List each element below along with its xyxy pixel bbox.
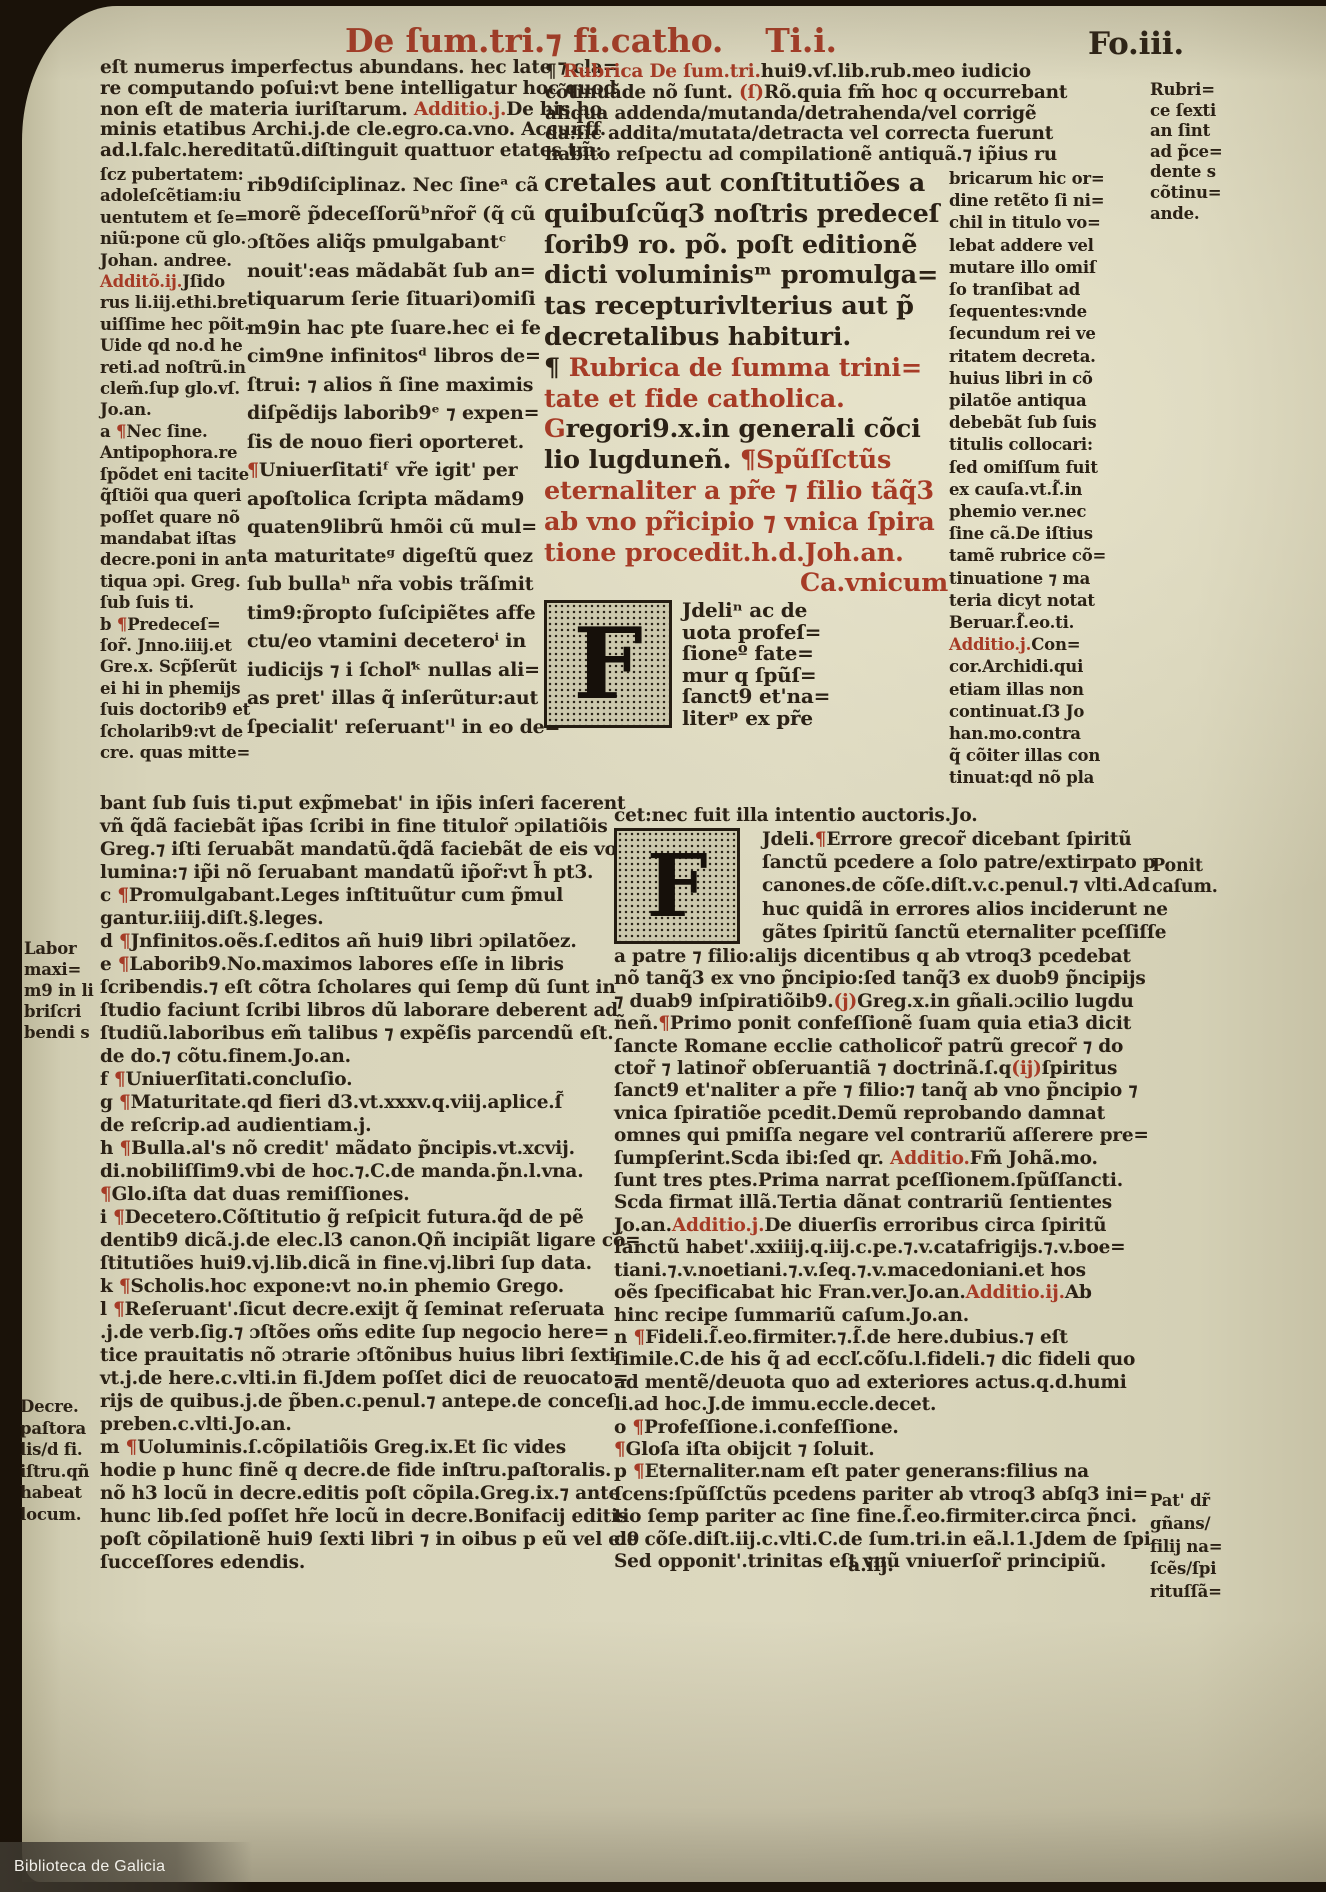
- text-line: Additõ.ij.Jſido: [100, 271, 250, 292]
- text-line: ſanct9 et'naliter a pr̃e ⁊ filio:⁊ tanq̃…: [614, 1080, 1154, 1102]
- text-line: cõtinu=: [1150, 183, 1264, 204]
- quire-signature: a.iij.: [848, 1554, 894, 1576]
- text-line: Johan. andree.: [100, 250, 250, 271]
- text-line: m9 in li: [24, 980, 106, 1001]
- initial-f-large-text: Jdeliⁿ ac deuota profeſ=ſioneº fate=mur …: [682, 600, 830, 730]
- text-segment: ¶: [614, 1439, 626, 1460]
- text-line: diſpẽdijs laborib9ᵉ ⁊ expen=: [247, 399, 529, 428]
- text-line: ſcz pubertatem:: [100, 164, 250, 185]
- text-line: ſanctũ pcedere a ſolo patre/extirpato p: [762, 851, 1168, 874]
- text-segment: e: [100, 954, 118, 975]
- text-line: rib9diſciplinaz. Nec ſineᵃ cã: [247, 171, 529, 200]
- text-segment: Rõ.quia fm̃ hoc q occurrebant: [764, 82, 1067, 103]
- text-line: a ¶Nec ſine.: [100, 421, 250, 442]
- text-segment: ſumpſerint.Scda ibi:ſed qr.: [614, 1148, 890, 1169]
- text-line: ſed omiſſum fuit: [949, 457, 1149, 479]
- text-line: ſis de nouo fieri oporteret.: [247, 428, 529, 457]
- text-line: continuat.ſ3 Jo: [949, 701, 1149, 723]
- text-segment: ⁊ duab9 inſpiratiõib9.: [614, 991, 833, 1012]
- text-segment: Rubrica De ſum.tri.: [563, 61, 761, 82]
- text-line: uentutem et ſe=: [100, 207, 250, 228]
- text-segment: ¶: [633, 1461, 645, 1482]
- text-segment: ¶: [119, 1276, 131, 1297]
- text-segment: o: [614, 1417, 632, 1438]
- text-line: an ſint: [1150, 121, 1264, 142]
- text-segment: ¶: [113, 1299, 125, 1320]
- text-line: gñans/: [1150, 1513, 1268, 1536]
- watermark-band: Biblioteca de Galicia: [0, 1842, 252, 1892]
- text-line: literᵖ ex pr̃e: [682, 708, 830, 730]
- text-line: Jo.an.: [100, 399, 250, 420]
- text-segment: d: [100, 931, 119, 952]
- text-line: q̃ſtiõi qua queri: [100, 485, 250, 506]
- text-segment: non eſt de materia iuriſtarum.: [100, 99, 414, 120]
- text-line: dentib9 dicã.j.de elec.l3 canon.Qñ incip…: [100, 1229, 660, 1252]
- text-segment: p: [614, 1461, 633, 1482]
- folio-number: Fo.iii.: [1088, 26, 1184, 62]
- text-line: briſcri: [24, 1001, 106, 1022]
- text-line: nõ tanq̃3 ex vno p̃ncipio:ſed tanq̃3 ex …: [614, 968, 1154, 990]
- text-line: rituſſã=: [1150, 1581, 1268, 1604]
- text-line: pilatõe antiqua: [949, 390, 1149, 412]
- text-line: ſtrui: ⁊ alios ñ ſine maximis: [247, 371, 529, 400]
- text-segment: Greg.x.in gñali.ɔcilio lugdu: [857, 991, 1134, 1012]
- text-line: mur q ſpũſ=: [682, 665, 830, 687]
- lower-right-intro-line: cet:nec fuit illa intentio auctoris.Jo.: [614, 804, 1154, 827]
- text-line: tione procedit.h.d.Joh.an.: [544, 538, 948, 569]
- text-segment: ¶: [116, 422, 126, 441]
- text-line: ab vno pr̃icipio ⁊ vnica ſpira: [544, 507, 948, 538]
- text-line: Decre.: [20, 1396, 106, 1418]
- text-line: decretalibus habituri.: [544, 322, 948, 353]
- text-segment: (ij): [1011, 1058, 1041, 1079]
- text-line: Rubri=: [1150, 80, 1264, 101]
- text-line: li.ad hoc.J.de immu.eccle.decet.: [614, 1394, 1154, 1416]
- text-line: ande.: [1150, 204, 1264, 225]
- text-line: Additio.j.Con=: [949, 634, 1149, 656]
- text-line: tim9:p̃ropto ſuſcipiẽtes affe: [247, 599, 529, 628]
- text-line: ad p̃ce=: [1150, 142, 1264, 163]
- lower-right-gloss-block: a patre ⁊ filio:alijs dicentibus q ab vt…: [614, 946, 1154, 1573]
- text-line: vnica ſpiratiõe pcedit.Demũ reprobando d…: [614, 1103, 1154, 1125]
- text-segment: Fideli.ſ̃.eo.firmiter.⁊.ſ̃.de here.dubiu…: [645, 1327, 1068, 1348]
- text-segment: ¶: [247, 459, 259, 481]
- text-segment: Jſido: [182, 272, 225, 291]
- text-line: cõtinuãde nõ ſunt. (ſ)Rõ.quia fm̃ hoc q …: [545, 83, 1157, 104]
- text-segment: Glo.iſta dat duas remiſſiones.: [112, 1184, 410, 1205]
- text-segment: Scholis.hoc expone:vt no.in phemio Grego…: [130, 1276, 564, 1297]
- text-segment: Eternaliter.nam eſt pater generans:filiu…: [645, 1461, 1089, 1482]
- running-title: De ſum.tri.⁊ fi.catho. Ti.i.: [345, 22, 837, 60]
- text-segment: ¶: [634, 1327, 646, 1348]
- text-segment: tione procedit.h.d.Joh.an.: [544, 538, 904, 568]
- text-line: tate et fide catholica.: [544, 384, 948, 415]
- text-segment: ¶: [119, 931, 131, 952]
- text-line: clem̃.ſup glo.vſ.: [100, 378, 250, 399]
- text-line: mandabat iſtas: [100, 528, 250, 549]
- text-segment: G: [544, 414, 566, 444]
- text-line: locum.: [20, 1504, 106, 1526]
- text-line: ſub ſuis ti.: [100, 592, 250, 613]
- text-segment: ñeñ.: [614, 1013, 658, 1034]
- text-line: de reſcrip.ad audientiam.j.: [100, 1114, 660, 1137]
- text-line: hodie p hunc finẽ q decre.de fide inſtru…: [100, 1459, 660, 1482]
- text-segment: Additio.ij.: [966, 1282, 1065, 1303]
- text-line: debebãt ſub ſuis: [949, 412, 1149, 434]
- text-line: k ¶Scholis.hoc expone:vt no.in phemio Gr…: [100, 1275, 660, 1298]
- text-line: q̃ cõiter illas con: [949, 745, 1149, 767]
- text-segment: Ca.vnicum: [800, 568, 948, 598]
- text-line: tiqua ɔpi. Greg.: [100, 571, 250, 592]
- text-line: ſucceſſores edendis.: [100, 1551, 660, 1574]
- margin-note-rubrice: Rubri=ce ſextian ſintad p̃ce=dente scõti…: [1150, 80, 1264, 224]
- text-line: Ca.vnicum: [544, 568, 948, 599]
- text-line: phemio ver.nec: [949, 501, 1149, 523]
- text-line: cor.Archidi.qui: [949, 656, 1149, 678]
- text-line: ſpõdet eni tacite: [100, 464, 250, 485]
- text-line: bricarum hic or=: [949, 168, 1149, 190]
- text-line: vñ q̃dã faciebãt ip̃as ſcribi in fine ti…: [100, 815, 660, 838]
- text-line: ce ſexti: [1150, 101, 1264, 122]
- text-line: ta maturitateᵍ digeſtũ quez: [247, 542, 529, 571]
- text-line: morẽ p̃deceſſorũᵇnr̃or̃ (q̃ cũ: [247, 200, 529, 229]
- text-line: ¶ Rubrica De ſum.tri.hui9.vſ.lib.rub.meo…: [545, 62, 1157, 83]
- text-line: paſtora: [20, 1418, 106, 1440]
- text-line: di.nobiliſſim9.vbi de hoc.⁊.C.de manda.p…: [100, 1160, 660, 1183]
- gloss-column-b: rib9diſciplinaz. Nec ſineᵃ cãmorẽ p̃dece…: [247, 171, 529, 741]
- text-line: tice prauitatis nõ ɔtrarie ɔſtõnibus hui…: [100, 1344, 660, 1367]
- text-line: ſcens:ſpũſſctũs pcedens pariter ab vtroq…: [614, 1484, 1154, 1506]
- text-line: lumina:⁊ ip̃i nõ ſeruabant mandatũ ip̃or…: [100, 861, 660, 884]
- text-line: Scda firmat illã.Tertia dãnat contrariũ …: [614, 1192, 1154, 1214]
- text-line: re computando poſui:vt bene intelligatur…: [100, 79, 540, 100]
- text-line: ſumpſerint.Scda ibi:ſed qr. Additio.Fm̃ …: [614, 1148, 1154, 1170]
- text-line: l ¶Reſeruant'.ſicut decre.exijt q̃ ſemin…: [100, 1298, 660, 1321]
- text-line: ſanct9 et'na=: [682, 686, 830, 708]
- text-segment: Profeſſione.i.confeſſione.: [644, 1417, 899, 1438]
- text-line: omnes qui pmiſſa negare vel contrariũ aſ…: [614, 1125, 1154, 1147]
- text-segment: hui9.vſ.lib.rub.meo iudicio: [761, 61, 1031, 82]
- text-line: titulis collocari:: [949, 434, 1149, 456]
- text-segment: ¶: [545, 61, 563, 82]
- text-segment: Jnfinitos.oẽs.ſ.editos añ hui9 libri ɔpi…: [131, 931, 577, 952]
- text-line: dente s: [1150, 162, 1264, 183]
- text-line: ſioneº fate=: [682, 643, 830, 665]
- text-line: ¶ Rubrica de ſumma trini=: [544, 353, 948, 384]
- text-line: poſt cõpilationẽ hui9 ſexti libri ⁊ in o…: [100, 1528, 660, 1551]
- text-line: vt.j.de here.c.vlti.in fi.Jdem poſſet di…: [100, 1367, 660, 1390]
- text-line: niũ:pone cũ glo.: [100, 228, 250, 249]
- margin-note-labor: Labormaxi=m9 in libriſcribendi s: [24, 938, 106, 1043]
- text-segment: ¶: [632, 1417, 644, 1438]
- text-line: ad.l.falc.hereditatũ.diſtinguit quattuor…: [100, 141, 540, 162]
- text-line: f ¶Uniuerſitati.concluſio.: [100, 1068, 660, 1091]
- main-text-column: cretales aut conſtitutiões aquibuſcũq3 n…: [544, 168, 948, 599]
- text-segment: l: [100, 1299, 113, 1320]
- text-line: ſunt tres ptes.Prima narrat pceſſionem.ſ…: [614, 1170, 1154, 1192]
- text-segment: Promulgabant.Leges inſtituũtur cum p̃mul: [129, 885, 563, 906]
- text-line: hunc lib.ſed poſſet hr̃e locũ in decre.B…: [100, 1505, 660, 1528]
- text-segment: ¶: [114, 1069, 126, 1090]
- text-line: ſcribendis.⁊ eſt cõtra ſcholares qui ſem…: [100, 976, 660, 999]
- text-line: ctor̃ ⁊ latinor̃ obſeruantiã ⁊ doctrinã.…: [614, 1058, 1154, 1080]
- text-line: non eſt de materia iuriſtarum. Additio.j…: [100, 100, 540, 121]
- text-line: Pat' dr̃: [1150, 1490, 1268, 1513]
- text-segment: Uniuerſitatiᶠ vr̃e igit' per: [259, 459, 518, 481]
- text-line: Antipophora.re: [100, 442, 250, 463]
- text-segment: tate et fide catholica.: [544, 384, 845, 414]
- text-line: gantur.iiij.diſt.§.leges.: [100, 907, 660, 930]
- text-line: ſtudiũ.laboribus em̃ talibus ⁊ expẽſis p…: [100, 1022, 660, 1045]
- text-line: tinuatione ⁊ ma: [949, 568, 1149, 590]
- text-line: cet:nec fuit illa intentio auctoris.Jo.: [614, 804, 1154, 827]
- text-line: ſpecialit' reſeruant'ˡ in eo de=: [247, 713, 529, 742]
- text-segment: ¶: [815, 829, 827, 850]
- text-segment: oẽs ſpecificabat hic Fran.ver.Jo.an.: [614, 1282, 966, 1303]
- text-segment: ¶: [117, 615, 127, 634]
- text-segment: regori9.x.in generali cõci: [566, 414, 921, 444]
- text-segment: Additio.j.: [414, 99, 506, 120]
- text-line: ɔſtões aliq̃s pmulgabantᶜ: [247, 228, 529, 257]
- text-line: Labor: [24, 938, 106, 959]
- text-line: as pret' illas q̃ inſerũtur:aut: [247, 684, 529, 713]
- initial-f-small-row: F Jdeli.¶Errore grecor̃ dicebant ſpiritũ…: [614, 828, 1154, 944]
- text-line: nõ h3 locũ in decre.editis poſt cõpila.G…: [100, 1482, 660, 1505]
- text-segment: ¶: [100, 1184, 112, 1205]
- text-segment: Additio.j.: [672, 1215, 764, 1236]
- text-segment: m: [100, 1437, 126, 1458]
- text-line: teria dicyt notat: [949, 590, 1149, 612]
- text-segment: ¶: [113, 1207, 125, 1228]
- text-line: ſanctũ habet'.xxiiij.q.iij.c.pe.⁊.v.cata…: [614, 1237, 1154, 1259]
- text-line: adoleſcẽtiam:iu: [100, 185, 250, 206]
- running-title-section: Ti.i.: [765, 22, 837, 60]
- text-line: tinuat:qd nõ pla: [949, 767, 1149, 789]
- text-line: ñeñ.¶Primo ponit confeſſionẽ ſuam quia e…: [614, 1013, 1154, 1035]
- text-line: maxi=: [24, 959, 106, 980]
- text-line: Beruar.ſ̃.eo.ti.: [949, 612, 1149, 634]
- text-line: m9in hac pte ſuare.hec ei fe: [247, 314, 529, 343]
- text-line: ſub bullaʰ nr̃a vobis trãſmit: [247, 570, 529, 599]
- text-line: de cõſe.diſt.iij.c.vlti.C.de ſum.tri.in …: [614, 1529, 1154, 1551]
- text-line: quaten9librũ hmõi cũ mul=: [247, 513, 529, 542]
- text-line: ſcholarib9:vt de: [100, 721, 250, 742]
- text-line: iſtru.qñ: [20, 1461, 106, 1483]
- text-line: b ¶Predeceſ=: [100, 614, 250, 635]
- text-segment: ¶: [544, 353, 569, 383]
- initial-f-small-text: Jdeli.¶Errore grecor̃ dicebant ſpiritũſa…: [762, 828, 1168, 944]
- text-segment: ¶: [118, 954, 130, 975]
- text-line: ei hi in phemijs: [100, 678, 250, 699]
- text-line: d ¶Jnfinitos.oẽs.ſ.editos añ hui9 libri …: [100, 930, 660, 953]
- text-line: tiani.⁊.v.noetiani.⁊.v.ſeq.⁊.v.macedonia…: [614, 1260, 1154, 1282]
- text-segment: cõtinuãde nõ ſunt.: [545, 82, 739, 103]
- text-line: rijs de quibus.j.de p̃ben.c.penul.⁊ ante…: [100, 1390, 660, 1413]
- text-segment: Errore grecor̃ dicebant ſpiritũ: [826, 829, 1131, 850]
- text-segment: b: [100, 615, 117, 634]
- text-line: m ¶Uoluminis.ſ.cõpilatiõis Greg.ix.Et ſi…: [100, 1436, 660, 1459]
- text-segment: ¶: [120, 1138, 132, 1159]
- text-line: filij na=: [1150, 1536, 1268, 1559]
- text-line: ¶Glo.iſta dat duas remiſſiones.: [100, 1183, 660, 1206]
- text-segment: Rubrica de ſumma trini=: [569, 353, 922, 383]
- text-line: rus li.iij.ethi.bre: [100, 292, 250, 313]
- text-line: ſorib9 ro. põ. poſt editionẽ: [544, 230, 948, 261]
- text-line: ritatem decreta.: [949, 346, 1149, 368]
- text-line: ex cauſa.vt.ſ̃.in: [949, 479, 1149, 501]
- text-line: huc quidã in errores alios inciderunt ne: [762, 898, 1168, 921]
- text-line: i ¶Decetero.Cõſtitutio g̃ reſpicit futur…: [100, 1206, 660, 1229]
- text-line: Greg.⁊ iſti ſeruabãt mandatũ.q̃dã facieb…: [100, 838, 660, 861]
- gloss-column-a: ſcz pubertatem:adoleſcẽtiam:iuuentutem e…: [100, 164, 250, 763]
- margin-note-pater: Pat' dr̃gñans/filij na=ſcẽs/ſpirituſſã=: [1150, 1490, 1268, 1604]
- lower-left-gloss-block: bant ſub ſuis ti.put exp̃mebat' in ip̃is…: [100, 792, 660, 1574]
- text-line: gãtes ſpiritũ ſanctũ eternaliter pceſſiſ…: [762, 921, 1168, 944]
- text-segment: ¶: [126, 1437, 138, 1458]
- text-segment: Laborib9.No.maximos labores eſſe in libr…: [129, 954, 563, 975]
- text-segment: ¶Spũſſctũs: [740, 445, 891, 475]
- text-line: lio lugduneñ. ¶Spũſſctũs: [544, 445, 948, 476]
- text-segment: g: [100, 1092, 119, 1113]
- text-line: chil in titulo vo=: [949, 212, 1149, 234]
- text-segment: ctor̃ ⁊ latinor̃ obſeruantiã ⁊ doctrinã.…: [614, 1058, 1011, 1079]
- text-line: tamẽ rubrice cõ=: [949, 545, 1149, 567]
- woodcut-initial-f-small: F: [614, 828, 740, 944]
- text-line: c ¶Promulgabant.Leges inſtituũtur cum p̃…: [100, 884, 660, 907]
- text-line: tiquarum ſerie ſituari)omiſi: [247, 285, 529, 314]
- text-segment: ¶: [658, 1013, 670, 1034]
- text-line: hinc recipe ſummariũ caſum.Jo.an.: [614, 1305, 1154, 1327]
- text-line: dicti voluminisᵐ promulga=: [544, 260, 948, 291]
- text-segment: Additio.: [890, 1148, 970, 1169]
- text-line: p ¶Eternaliter.nam eſt pater generans:fi…: [614, 1461, 1154, 1483]
- library-watermark: Biblioteca de Galicia: [14, 1858, 165, 1876]
- text-line: eſt numerus imperfectus abundans. hec la…: [100, 58, 540, 79]
- text-line: bant ſub ſuis ti.put exp̃mebat' in ip̃is…: [100, 792, 660, 815]
- text-line: g ¶Maturitate.qd fieri d3.vt.xxxv.q.viij…: [100, 1091, 660, 1114]
- text-segment: ſpiritus: [1042, 1058, 1118, 1079]
- top-left-text-block: eſt numerus imperfectus abundans. hec la…: [100, 58, 540, 162]
- text-line: iudicijs ⁊ i ſchoľᵏ nullas ali=: [247, 656, 529, 685]
- text-segment: Con=: [1031, 635, 1080, 654]
- initial-letter: F: [647, 836, 708, 937]
- text-line: a patre ⁊ filio:alijs dicentibus q ab vt…: [614, 946, 1154, 968]
- text-segment: ¶: [119, 1092, 131, 1113]
- text-line: Jo.an.Additio.j.De diuerſis erroribus ci…: [614, 1215, 1154, 1237]
- text-line: Uide qd no.d he: [100, 335, 250, 356]
- text-line: ſo tranſibat ad: [949, 279, 1149, 301]
- text-segment: (j): [833, 991, 857, 1012]
- text-segment: Gloſa iſta obijcit ⁊ ſoluit.: [626, 1439, 875, 1460]
- text-segment: Uniuerſitati.concluſio.: [126, 1069, 353, 1090]
- text-line: ctu/eo vtamini deceteroⁱ in: [247, 627, 529, 656]
- text-line: nouit':eas mãdabãt ſub an=: [247, 257, 529, 286]
- text-line: ſequentes:vnde: [949, 301, 1149, 323]
- text-line: ſcẽs/ſpi: [1150, 1558, 1268, 1581]
- text-line: cre. quas mitte=: [100, 742, 250, 763]
- margin-note-ponit-casum: Ponitcaſum.: [1152, 856, 1262, 898]
- gloss-column-d: bricarum hic or=dine retẽto ſi ni=chil i…: [949, 168, 1149, 790]
- text-line: lis/d fi.: [20, 1439, 106, 1461]
- text-segment: Decetero.Cõſtitutio g̃ reſpicit futura.q…: [125, 1207, 584, 1228]
- text-line: canones.de cõſe.diſt.v.c.penul.⁊ vlti.Ad: [762, 874, 1168, 897]
- text-line: uiſſime hec põit.: [100, 314, 250, 335]
- text-line: apoſtolica ſcripta mãdam9: [247, 485, 529, 514]
- text-segment: a: [100, 422, 116, 441]
- text-line: minis etatibus Archi.j.de cle.egro.ca.vn…: [100, 120, 540, 141]
- text-line: ſine cã.De iſtius: [949, 523, 1149, 545]
- text-line: etiam illas non: [949, 679, 1149, 701]
- text-segment: (ſ): [739, 82, 764, 103]
- text-line: o ¶Profeſſione.i.confeſſione.: [614, 1417, 1154, 1439]
- text-segment: Additõ.ij.: [100, 272, 182, 291]
- text-line: ⁊ duab9 inſpiratiõib9.(j)Greg.x.in gñali…: [614, 991, 1154, 1013]
- text-line: eternaliter a pr̃e ⁊ filio tãq̃3: [544, 476, 948, 507]
- text-line: h ¶Bulla.al's nõ credit' mãdato p̃ncipis…: [100, 1137, 660, 1160]
- text-line: tio ſemp pariter ac ſine fine.ſ̃.eo.firm…: [614, 1506, 1154, 1528]
- text-line: preben.c.vlti.Jo.an.: [100, 1413, 660, 1436]
- text-line: ſor̃. Jnno.iiij.et: [100, 635, 250, 656]
- text-line: da:ſic addita/mutata/detracta vel correc…: [545, 124, 1157, 145]
- text-line: de do.⁊ cõtu.finem.Jo.an.: [100, 1045, 660, 1068]
- text-segment: n: [614, 1327, 634, 1348]
- text-segment: eternaliter a pr̃e ⁊ filio tãq̃3: [544, 476, 934, 506]
- text-line: lebat addere vel: [949, 235, 1149, 257]
- text-line: .j.de verb.ſig.⁊ ɔſtões om̃s edite ſup n…: [100, 1321, 660, 1344]
- text-line: aliqua addenda/mutanda/detrahenda/vel co…: [545, 104, 1157, 125]
- text-segment: f: [100, 1069, 114, 1090]
- text-segment: Uoluminis.ſ.cõpilatiõis Greg.ix.Et ſic v…: [137, 1437, 566, 1458]
- text-line: uota profeſ=: [682, 622, 830, 644]
- text-segment: Ab: [1065, 1282, 1092, 1303]
- text-line: e ¶Laborib9.No.maximos labores eſſe in l…: [100, 953, 660, 976]
- text-line: reti.ad noſtrũ.in: [100, 357, 250, 378]
- text-line: ¶Uniuerſitatiᶠ vr̃e igit' per: [247, 456, 529, 485]
- text-line: huius libri in cõ: [949, 368, 1149, 390]
- text-segment: Fm̃ Johã.mo.: [970, 1148, 1098, 1169]
- text-segment: c: [100, 885, 117, 906]
- text-line: decre.poni in an: [100, 549, 250, 570]
- scanned-book-photo: De ſum.tri.⁊ fi.catho. Ti.i. Fo.iii. eſt…: [0, 0, 1326, 1892]
- text-segment: ab vno pr̃icipio ⁊ vnica ſpira: [544, 507, 935, 537]
- text-line: mutare illo omiſ: [949, 257, 1149, 279]
- text-line: ſecundum rei ve: [949, 323, 1149, 345]
- text-line: ſimile.C.de his q̃ ad eccľ.cõſu.l.fideli…: [614, 1349, 1154, 1371]
- text-line: ſuis doctorib9 et: [100, 699, 250, 720]
- text-line: ſancte Romane ecclie catholicor̃ patrũ g…: [614, 1036, 1154, 1058]
- text-segment: i: [100, 1207, 113, 1228]
- text-line: ſtudio faciunt ſcribi libros dũ laborare…: [100, 999, 660, 1022]
- text-line: caſum.: [1152, 877, 1262, 898]
- text-segment: Reſeruant'.ſicut decre.exijt q̃ ſeminat …: [125, 1299, 605, 1320]
- text-line: Gregori9.x.in generali cõci: [544, 414, 948, 445]
- text-line: n ¶Fideli.ſ̃.eo.firmiter.⁊.ſ̃.de here.du…: [614, 1327, 1154, 1349]
- text-segment: h: [100, 1138, 120, 1159]
- text-line: quibuſcũq3 noſtris predeceſ: [544, 199, 948, 230]
- margin-note-decre: Decre.paſtoralis/d fi.iſtru.qñhabeatlocu…: [20, 1396, 106, 1525]
- text-line: ¶Gloſa iſta obijcit ⁊ ſoluit.: [614, 1439, 1154, 1461]
- text-segment: Additio.j.: [949, 635, 1031, 654]
- text-line: ſtitutiões hui9.vj.lib.dicã in fine.vj.l…: [100, 1252, 660, 1275]
- running-title-text: De ſum.tri.⁊ fi.catho.: [345, 22, 723, 60]
- initial-f-large-row: F Jdeliⁿ ac deuota profeſ=ſioneº fate=mu…: [544, 600, 948, 730]
- text-segment: k: [100, 1276, 119, 1297]
- text-segment: De diuerſis erroribus circa ſpiritũ: [764, 1215, 1106, 1236]
- text-line: cretales aut conſtitutiões a: [544, 168, 948, 199]
- text-segment: Primo ponit confeſſionẽ ſuam quia etia3 …: [670, 1013, 1131, 1034]
- text-line: poſſet quare nõ: [100, 507, 250, 528]
- text-line: dine retẽto ſi ni=: [949, 190, 1149, 212]
